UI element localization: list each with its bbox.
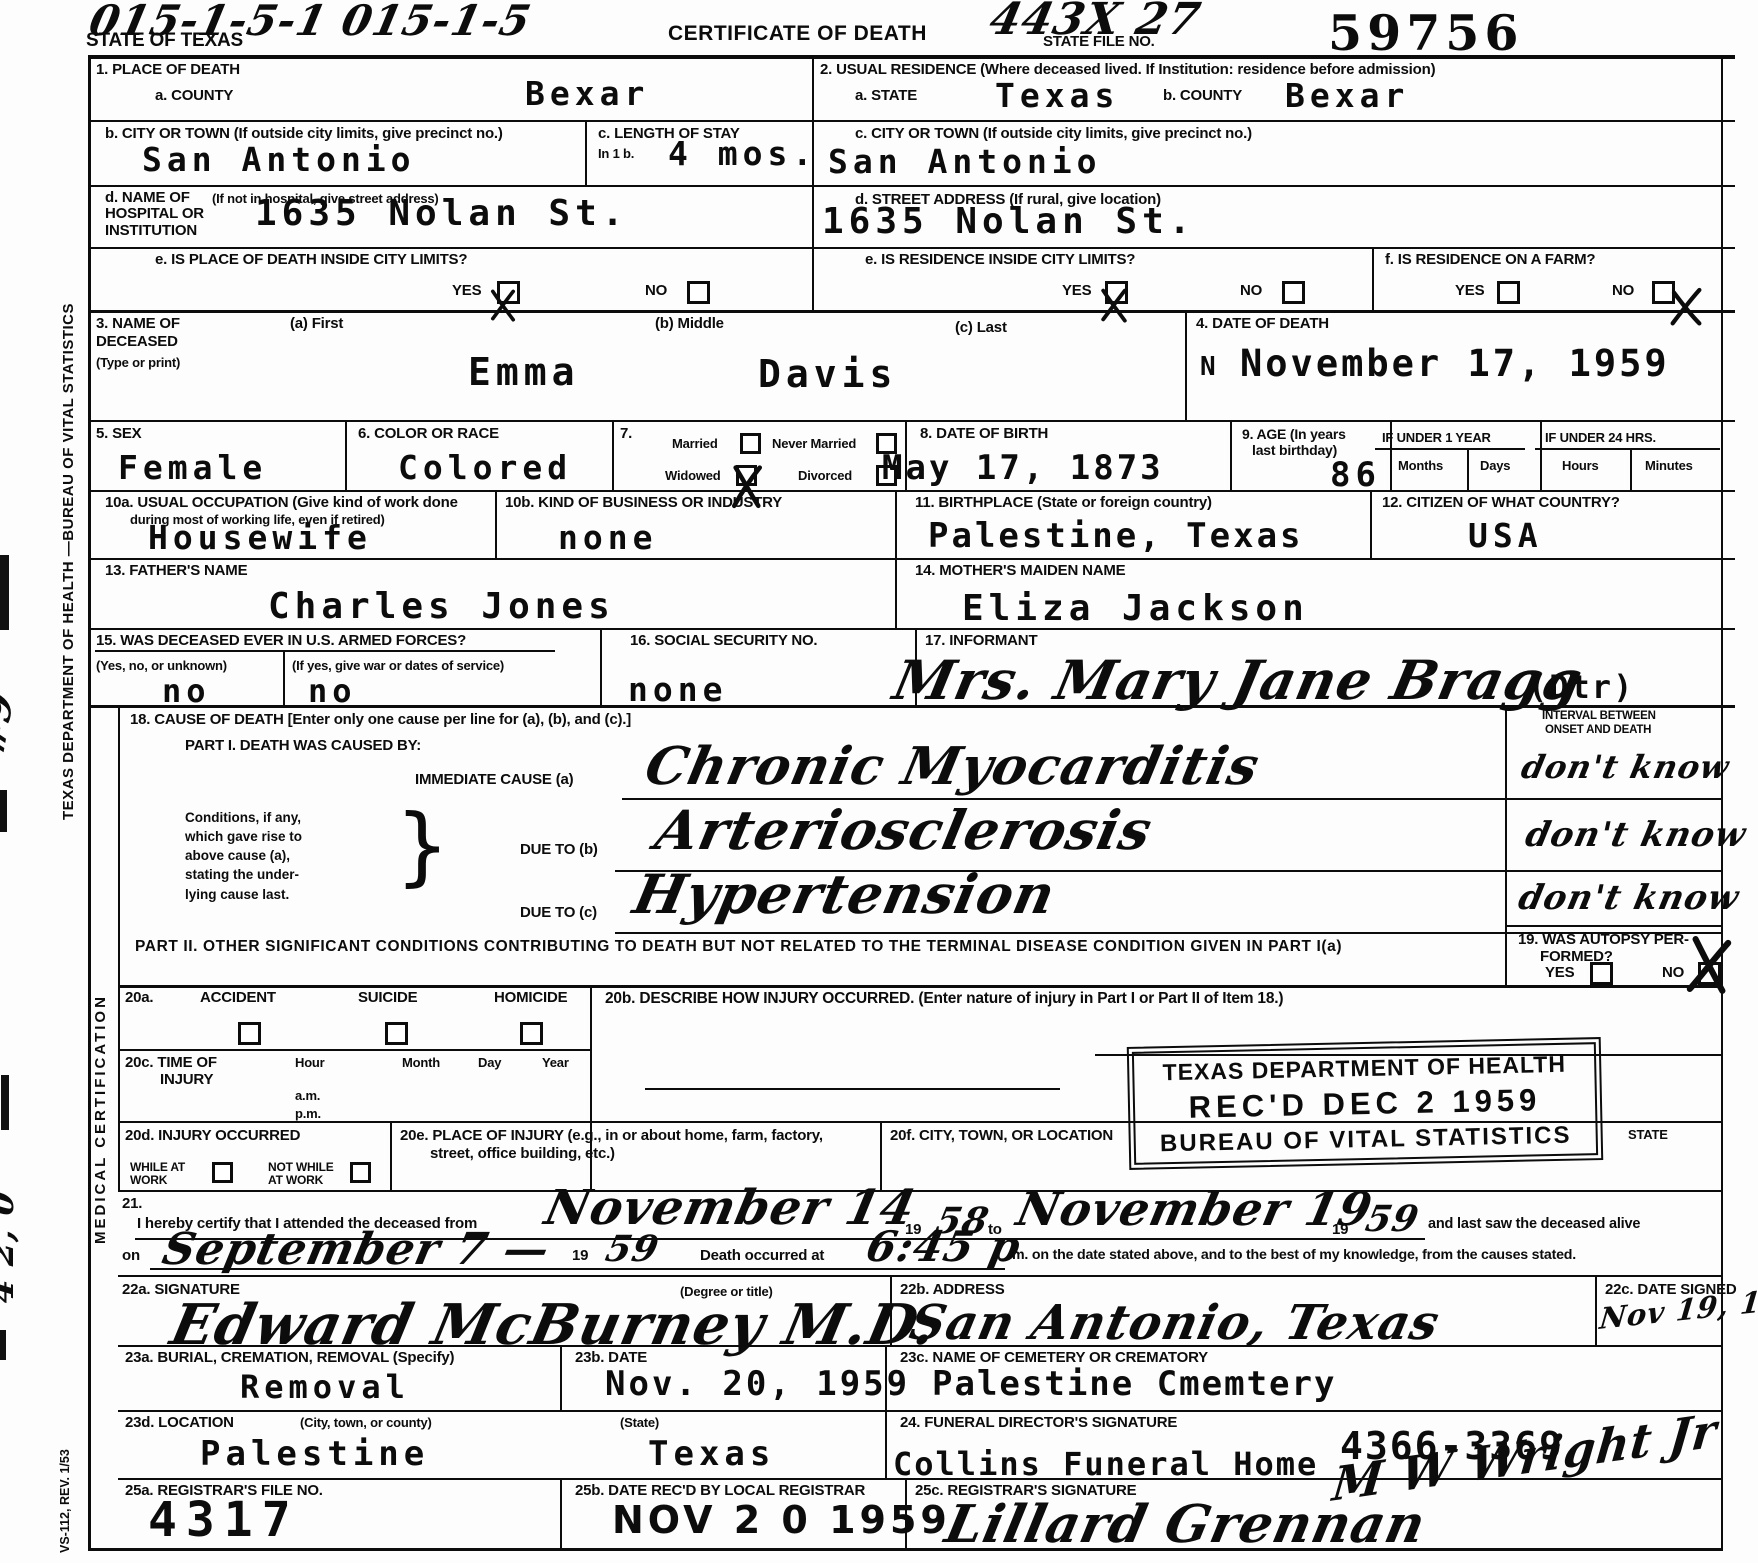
homicide-checkbox: [520, 1022, 543, 1045]
burial-method-value: Removal: [240, 1368, 410, 1406]
grid-line: [88, 55, 91, 1550]
day-label: Day: [478, 1055, 501, 1070]
month-label: Month: [402, 1055, 440, 1070]
date-of-death-prefix: N: [1200, 352, 1216, 382]
on-word: on: [122, 1248, 140, 1265]
citizen-label: 12. CITIZEN OF WHAT COUNTRY?: [1382, 495, 1620, 512]
grid-line: [1505, 705, 1507, 985]
scan-artifact: [1, 1075, 9, 1130]
grid-line: [118, 705, 120, 1190]
grid-line: [1467, 450, 1469, 490]
mother-name-value: Eliza Jackson: [962, 588, 1309, 629]
residence-city-limits-no-label: NO: [1240, 283, 1262, 300]
place-city-limits-no-label: NO: [645, 283, 667, 300]
burial-method-label: 23a. BURIAL, CREMATION, REMOVAL (Specify…: [125, 1350, 454, 1367]
received-stamp: TEXAS DEPARTMENT OF HEALTH REC'D DEC 2 1…: [1127, 1037, 1603, 1170]
conditions-note-line: which gave rise to: [185, 827, 302, 846]
name-label-1: 3. NAME OF: [96, 316, 180, 333]
location-city-value: Palestine: [200, 1434, 429, 1474]
on-year-handwritten: 59: [602, 1228, 663, 1270]
mother-name-label: 14. MOTHER'S MAIDEN NAME: [915, 563, 1125, 580]
last-seen-date-handwritten: September 7 —: [158, 1224, 554, 1275]
age-label-2: last birthday): [1252, 442, 1337, 458]
grid-line: [283, 652, 285, 705]
residence-city-limits-no-checkbox: [1282, 281, 1305, 304]
immediate-cause-label: IMMEDIATE CAUSE (a): [415, 772, 573, 789]
death-occurred-label: Death occurred at: [700, 1248, 824, 1265]
father-name-label: 13. FATHER'S NAME: [105, 563, 247, 580]
injury-state-label: STATE: [1628, 1128, 1668, 1143]
residence-state-label: a. STATE: [855, 88, 917, 105]
never-married-label: Never Married: [772, 436, 856, 451]
date-of-death-label: 4. DATE OF DEATH: [1196, 316, 1329, 333]
while-at-work-checkbox: [212, 1162, 233, 1183]
due-to-c-handwritten: Hypertension: [628, 862, 1061, 926]
residence-street-value: 1635 Nolan St.: [822, 201, 1195, 242]
injury-20c-label-2: INJURY: [160, 1072, 213, 1089]
ssn-value: none: [628, 670, 727, 709]
location-state-value: Texas: [648, 1434, 775, 1474]
attended-to-handwritten: November 19: [1012, 1182, 1378, 1236]
physician-address-handwritten: San Antonio, Texas: [905, 1295, 1445, 1351]
married-checkbox: [740, 433, 761, 454]
middle-name-label: (b) Middle: [655, 316, 724, 333]
grid-line: [1375, 448, 1525, 450]
margin-agency-text: TEXAS DEPARTMENT OF HEALTH —BUREAU OF VI…: [60, 250, 77, 820]
due-to-b-label: DUE TO (b): [520, 842, 598, 859]
name-label-2: DECEASED: [96, 334, 178, 351]
homicide-label: HOMICIDE: [494, 990, 567, 1007]
last-name-value: Davis: [758, 352, 897, 396]
grid-line: [885, 1410, 887, 1478]
grid-line: [88, 310, 1735, 313]
days-label: Days: [1480, 458, 1510, 473]
dob-value: May 17, 1873: [882, 448, 1164, 488]
location-city-sub-label: (City, town, or county): [300, 1415, 432, 1430]
certificate-title: CERTIFICATE OF DEATH: [668, 22, 927, 46]
armed-forces-sub2: (If yes, give war or dates of service): [292, 658, 504, 673]
certification-line1-end: and last saw the deceased alive: [1428, 1216, 1640, 1232]
race-value: Colored: [398, 448, 572, 487]
residence-farm-yes-label: YES: [1455, 283, 1484, 300]
handwritten-x-mark: [1686, 928, 1732, 1000]
residence-city-label: c. CITY OR TOWN (If outside city limits,…: [855, 126, 1252, 143]
accident-label: ACCIDENT: [200, 990, 276, 1007]
grid-line: [118, 1190, 1723, 1192]
death-certificate-scan: 015-1-5-1 015-1-5 STATE OF TEXAS CERTIFI…: [0, 0, 1758, 1563]
sex-label: 5. SEX: [96, 426, 142, 443]
autopsy-yes-label: YES: [1545, 965, 1574, 982]
not-while-at-work-label-1: NOT WHILE: [268, 1160, 334, 1174]
months-label: Months: [1398, 458, 1443, 473]
citizen-value: USA: [1468, 516, 1543, 555]
grid-line: [612, 420, 614, 490]
grid-line: [1370, 490, 1372, 558]
location-label: 23d. LOCATION: [125, 1415, 234, 1432]
sex-value: Female: [118, 448, 267, 487]
business-value: none: [558, 518, 657, 557]
marital-label: 7.: [620, 426, 632, 443]
residence-city-value: San Antonio: [828, 142, 1102, 181]
funeral-director-label: 24. FUNERAL DIRECTOR'S SIGNATURE: [900, 1415, 1177, 1432]
father-name-value: Charles Jones: [268, 586, 615, 627]
cause-of-death-section-label: 18. CAUSE OF DEATH [Enter only one cause…: [130, 712, 631, 729]
business-label: 10b. KIND OF BUSINESS OR INDUSTRY: [505, 495, 782, 512]
funeral-home-value: Collins Funeral Home: [893, 1445, 1318, 1483]
conditions-note-line: stating the under-: [185, 865, 302, 884]
part1-label: PART I. DEATH WAS CAUSED BY:: [185, 738, 421, 755]
race-label: 6. COLOR OR RACE: [358, 426, 499, 443]
am-label: a.m.: [295, 1088, 320, 1103]
margin-handwritten-note-top: #9: [0, 683, 23, 762]
first-name-value: Emma: [468, 350, 580, 394]
accident-checkbox: [238, 1022, 261, 1045]
divorced-label: Divorced: [798, 468, 852, 483]
grid-line: [895, 558, 897, 628]
informant-relationship: (Dtr): [1528, 668, 1634, 706]
grid-line: [88, 1548, 1723, 1551]
age-label-1: 9. AGE (In years: [1242, 426, 1346, 442]
place-city-limits-no-checkbox: [687, 281, 710, 304]
registrar-file-value: 4317: [148, 1492, 300, 1548]
due-to-c-label: DUE TO (c): [520, 905, 597, 922]
certification-line2-end: m. on the date stated above, and to the …: [1012, 1248, 1576, 1264]
under-24-hrs-label: IF UNDER 24 HRS.: [1545, 430, 1656, 445]
handwritten-x-mark: [1662, 286, 1710, 326]
grid-line: [88, 247, 1735, 249]
state-file-no-label: STATE FILE NO.: [1043, 34, 1155, 51]
part2-label: PART II. OTHER SIGNIFICANT CONDITIONS CO…: [135, 938, 1342, 955]
residence-city-limits-yes-label: YES: [1062, 283, 1091, 300]
grid-line: [88, 628, 1735, 630]
handwritten-x-mark: [1096, 287, 1132, 323]
residence-county-value: Bexar: [1285, 76, 1409, 115]
conditions-note-line: above cause (a),: [185, 846, 302, 865]
pm-label: p.m.: [295, 1106, 321, 1121]
margin-form-number: VS-112, REV. 1/53: [58, 1388, 72, 1553]
grid-line: [118, 1410, 1723, 1412]
grid-line: [1535, 448, 1720, 450]
state-of-texas-label: STATE OF TEXAS: [86, 30, 243, 51]
attended-from-handwritten: November 14: [540, 1180, 921, 1236]
residence-farm-label: f. IS RESIDENCE ON A FARM?: [1385, 252, 1595, 269]
injury-20d-label: 20d. INJURY OCCURRED: [125, 1128, 300, 1145]
place-city-limits-label: e. IS PLACE OF DEATH INSIDE CITY LIMITS?: [155, 252, 467, 269]
dob-label: 8. DATE OF BIRTH: [920, 426, 1048, 443]
writing-line: [645, 1088, 1060, 1090]
grid-line: [118, 1049, 590, 1051]
while-at-work-label-1: WHILE AT: [130, 1160, 185, 1174]
grid-line: [812, 55, 814, 310]
grid-line: [88, 490, 1735, 492]
grid-line: [1630, 450, 1632, 490]
certification-number: 21.: [122, 1196, 142, 1213]
injury-20b-label: 20b. DESCRIBE HOW INJURY OCCURRED. (Ente…: [605, 990, 1283, 1007]
under-1-year-label: IF UNDER 1 YEAR: [1382, 430, 1491, 445]
injury-20a-label: 20a.: [125, 990, 153, 1007]
length-of-stay-sub-label: In 1 b.: [598, 146, 634, 161]
stamp-line-1: TEXAS DEPARTMENT OF HEALTH: [1144, 1050, 1584, 1086]
margin-medical-certification-text: MEDICAL CERTIFICATION: [92, 878, 109, 1244]
grid-line: [118, 1275, 1723, 1277]
injury-20e-label-2: street, office building, etc.): [430, 1146, 615, 1163]
occupation-value: Housewife: [148, 518, 372, 557]
married-label: Married: [672, 436, 718, 451]
grid-line: [345, 420, 347, 490]
armed-forces-sub1: (Yes, no, or unknown): [96, 658, 227, 673]
last-name-label: (c) Last: [955, 320, 1007, 337]
name-label-3: (Type or print): [96, 355, 180, 370]
date-of-death-value: November 17, 1959: [1240, 342, 1670, 385]
immediate-cause-handwritten: Chronic Myocarditis: [640, 736, 1265, 797]
grid-line: [1721, 55, 1723, 1550]
stamp-line-2: REC'D DEC 2 1959: [1145, 1081, 1586, 1126]
suicide-checkbox: [385, 1022, 408, 1045]
interval-label-1: INTERVAL BETWEEN: [1542, 710, 1656, 722]
interval-c-handwritten: don't know: [1515, 878, 1743, 918]
minutes-label: Minutes: [1645, 458, 1693, 473]
grid-line: [1372, 247, 1374, 310]
occupation-label-1: 10a. USUAL OCCUPATION (Give kind of work…: [105, 495, 458, 512]
not-while-at-work-checkbox: [350, 1162, 371, 1183]
hours-label: Hours: [1562, 458, 1599, 473]
place-city-limits-yes-label: YES: [452, 283, 481, 300]
grid-line: [95, 650, 555, 652]
handwritten-x-mark: [486, 288, 520, 322]
stamp-line-3: BUREAU OF VITAL STATISTICS: [1146, 1121, 1586, 1158]
widowed-label: Widowed: [665, 468, 721, 483]
interval-a-handwritten: don't know: [1518, 748, 1733, 786]
hospital-value: 1635 Nolan St.: [255, 193, 628, 234]
autopsy-yes-checkbox: [1590, 962, 1613, 985]
age-value: 86: [1330, 455, 1381, 495]
residence-city-limits-label: e. IS RESIDENCE INSIDE CITY LIMITS?: [865, 252, 1135, 269]
length-of-stay-value: 4 mos.: [668, 134, 817, 173]
ssn-label: 16. SOCIAL SECURITY NO.: [630, 633, 817, 650]
interval-b-handwritten: don't know: [1522, 815, 1750, 855]
grid-line: [585, 120, 587, 185]
location-state-sub-label: (State): [620, 1415, 659, 1430]
grid-line: [1595, 1275, 1597, 1345]
armed-forces-value-2: no: [308, 672, 357, 710]
injury-20e-label-1: 20e. PLACE OF INJURY (e.g., in or about …: [400, 1128, 823, 1145]
grid-line: [88, 120, 1735, 122]
year-prefix-2: 19: [1332, 1222, 1348, 1239]
birthplace-value: Palestine, Texas: [928, 516, 1304, 556]
registrar-date-stamp: NOV 2 0 1959: [612, 1498, 951, 1542]
conditions-note-line: lying cause last.: [185, 885, 302, 904]
while-at-work-label-2: WORK: [130, 1173, 167, 1187]
due-to-b-handwritten: Arteriosclerosis: [650, 798, 1158, 862]
conditions-brace: }: [395, 796, 450, 896]
autopsy-no-label: NO: [1662, 965, 1684, 982]
year-prefix-3: 19: [572, 1248, 588, 1265]
grid-line: [1185, 310, 1187, 420]
grid-line: [118, 985, 1723, 988]
grid-line: [88, 558, 1735, 560]
city-value: San Antonio: [142, 140, 416, 179]
residence-state-value: Texas: [995, 76, 1119, 115]
residence-farm-yes-checkbox: [1497, 281, 1520, 304]
grid-line: [88, 55, 1735, 59]
margin-handwritten-note-bottom: 4 2, 0: [0, 1161, 22, 1305]
grid-line: [495, 490, 497, 558]
grid-line: [390, 1121, 392, 1190]
cemetery-value: Palestine Cmemtery: [932, 1364, 1336, 1404]
autopsy-label-1: 19. WAS AUTOPSY PER-: [1518, 932, 1689, 949]
grid-line: [1505, 925, 1723, 927]
county-value: Bexar: [525, 74, 649, 113]
grid-line: [1540, 420, 1542, 490]
scan-artifact: [0, 555, 9, 630]
county-label: a. COUNTY: [155, 88, 233, 105]
burial-date-value: Nov. 20, 1959: [605, 1364, 910, 1404]
armed-forces-label: 15. WAS DECEASED EVER IN U.S. ARMED FORC…: [96, 633, 466, 650]
armed-forces-value-1: no: [162, 672, 211, 710]
hospital-label-3: INSTITUTION: [105, 223, 197, 240]
grid-line: [560, 1478, 562, 1548]
conditions-note-line: Conditions, if any,: [185, 808, 302, 827]
birthplace-label: 11. BIRTHPLACE (State or foreign country…: [915, 495, 1212, 512]
first-name-label: (a) First: [290, 316, 343, 333]
scan-artifact: [0, 790, 7, 832]
scan-artifact: [0, 1330, 6, 1360]
to-year-handwritten: 59: [1362, 1198, 1423, 1240]
grid-line: [895, 490, 897, 558]
death-time-handwritten: 6:45 p: [862, 1222, 1026, 1271]
place-of-death-section-label: 1. PLACE OF DEATH: [96, 62, 240, 79]
not-while-at-work-label-2: AT WORK: [268, 1173, 323, 1187]
grid-line: [88, 185, 1735, 187]
grid-line: [88, 420, 1735, 422]
registrar-signature-handwritten: Lillard Grennan: [940, 1494, 1431, 1555]
year-label: Year: [542, 1055, 569, 1070]
informant-handwritten-value: Mrs. Mary Jane Bragg: [888, 648, 1589, 712]
injury-20f-label: 20f. CITY, TOWN, OR LOCATION: [890, 1128, 1113, 1145]
grid-line: [600, 628, 602, 705]
interval-label-2: ONSET AND DEATH: [1545, 724, 1651, 736]
state-file-number: 59756: [1328, 4, 1523, 62]
hour-label: Hour: [295, 1055, 325, 1070]
residence-county-label: b. COUNTY: [1163, 88, 1242, 105]
hospital-label-2: HOSPITAL OR: [105, 206, 204, 223]
grid-line: [1230, 420, 1232, 490]
injury-20c-label-1: 20c. TIME OF: [125, 1055, 217, 1072]
suicide-label: SUICIDE: [358, 990, 417, 1007]
residence-farm-no-label: NO: [1612, 283, 1634, 300]
